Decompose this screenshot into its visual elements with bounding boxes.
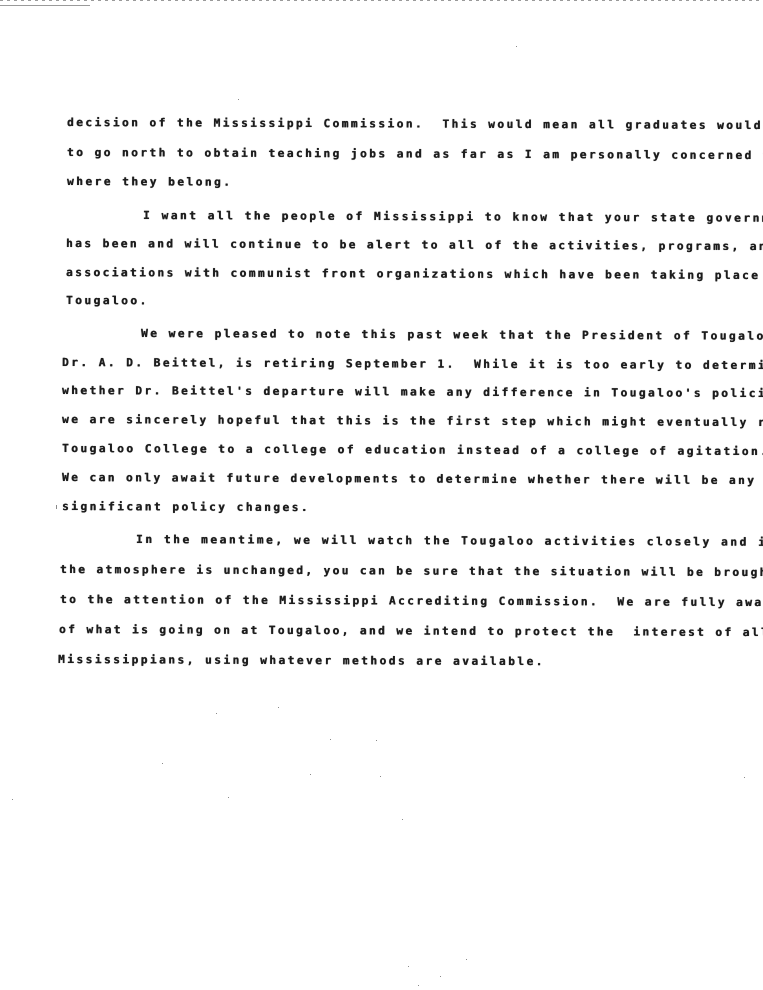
text-line: Dr. A. D. Beittel, is retiring September… bbox=[62, 356, 763, 373]
text-line: We were pleased to note this past week t… bbox=[141, 327, 763, 344]
text-line: whether Dr. Beittel's departure will mak… bbox=[62, 384, 763, 401]
text-line: to the attention of the Mississippi Accr… bbox=[60, 593, 763, 610]
scan-speck bbox=[278, 707, 279, 708]
text-line: I want all the people of Mississippi to … bbox=[143, 209, 763, 226]
text-line: In the meantime, we will watch the Touga… bbox=[136, 533, 763, 550]
scan-speck bbox=[380, 776, 381, 777]
text-line: We can only await future developments to… bbox=[62, 471, 756, 488]
scan-speck bbox=[418, 985, 419, 986]
scan-edge-artifact bbox=[0, 0, 763, 1]
scan-speck bbox=[466, 959, 467, 960]
scan-speck bbox=[376, 740, 377, 741]
text-line: where they belong. bbox=[67, 175, 232, 190]
scan-speck bbox=[238, 99, 239, 100]
text-line: Tougaloo. bbox=[66, 294, 149, 308]
text-line: the atmosphere is unchanged, you can be … bbox=[60, 563, 763, 580]
scan-speck bbox=[56, 505, 57, 509]
scan-speck bbox=[216, 713, 217, 714]
text-line: decision of the Mississippi Commission. … bbox=[67, 116, 763, 133]
scan-speck bbox=[310, 774, 311, 775]
scan-speck bbox=[516, 46, 517, 47]
text-line: significant policy changes. bbox=[62, 500, 310, 515]
text-line: we are sincerely hopeful that this is th… bbox=[62, 413, 763, 430]
scan-speck bbox=[440, 976, 441, 977]
scan-edge-artifact bbox=[0, 5, 90, 6]
scan-speck bbox=[402, 819, 403, 820]
scan-speck bbox=[408, 966, 409, 967]
text-line: associations with communist front organi… bbox=[66, 266, 763, 283]
text-line: of what is going on at Tougaloo, and we … bbox=[59, 623, 763, 640]
text-line: Tougaloo College to a college of educati… bbox=[62, 442, 763, 459]
scan-speck bbox=[12, 799, 13, 800]
scan-speck bbox=[162, 763, 163, 764]
scan-speck bbox=[744, 777, 745, 778]
text-line: has been and will continue to be alert t… bbox=[66, 237, 763, 254]
document-page: decision of the Mississippi Commission. … bbox=[0, 0, 763, 990]
text-line: to go north to obtain teaching jobs and … bbox=[67, 146, 763, 163]
text-line: Mississippians, using whatever methods a… bbox=[58, 653, 545, 669]
scan-speck bbox=[228, 797, 229, 798]
scan-speck bbox=[330, 739, 331, 740]
